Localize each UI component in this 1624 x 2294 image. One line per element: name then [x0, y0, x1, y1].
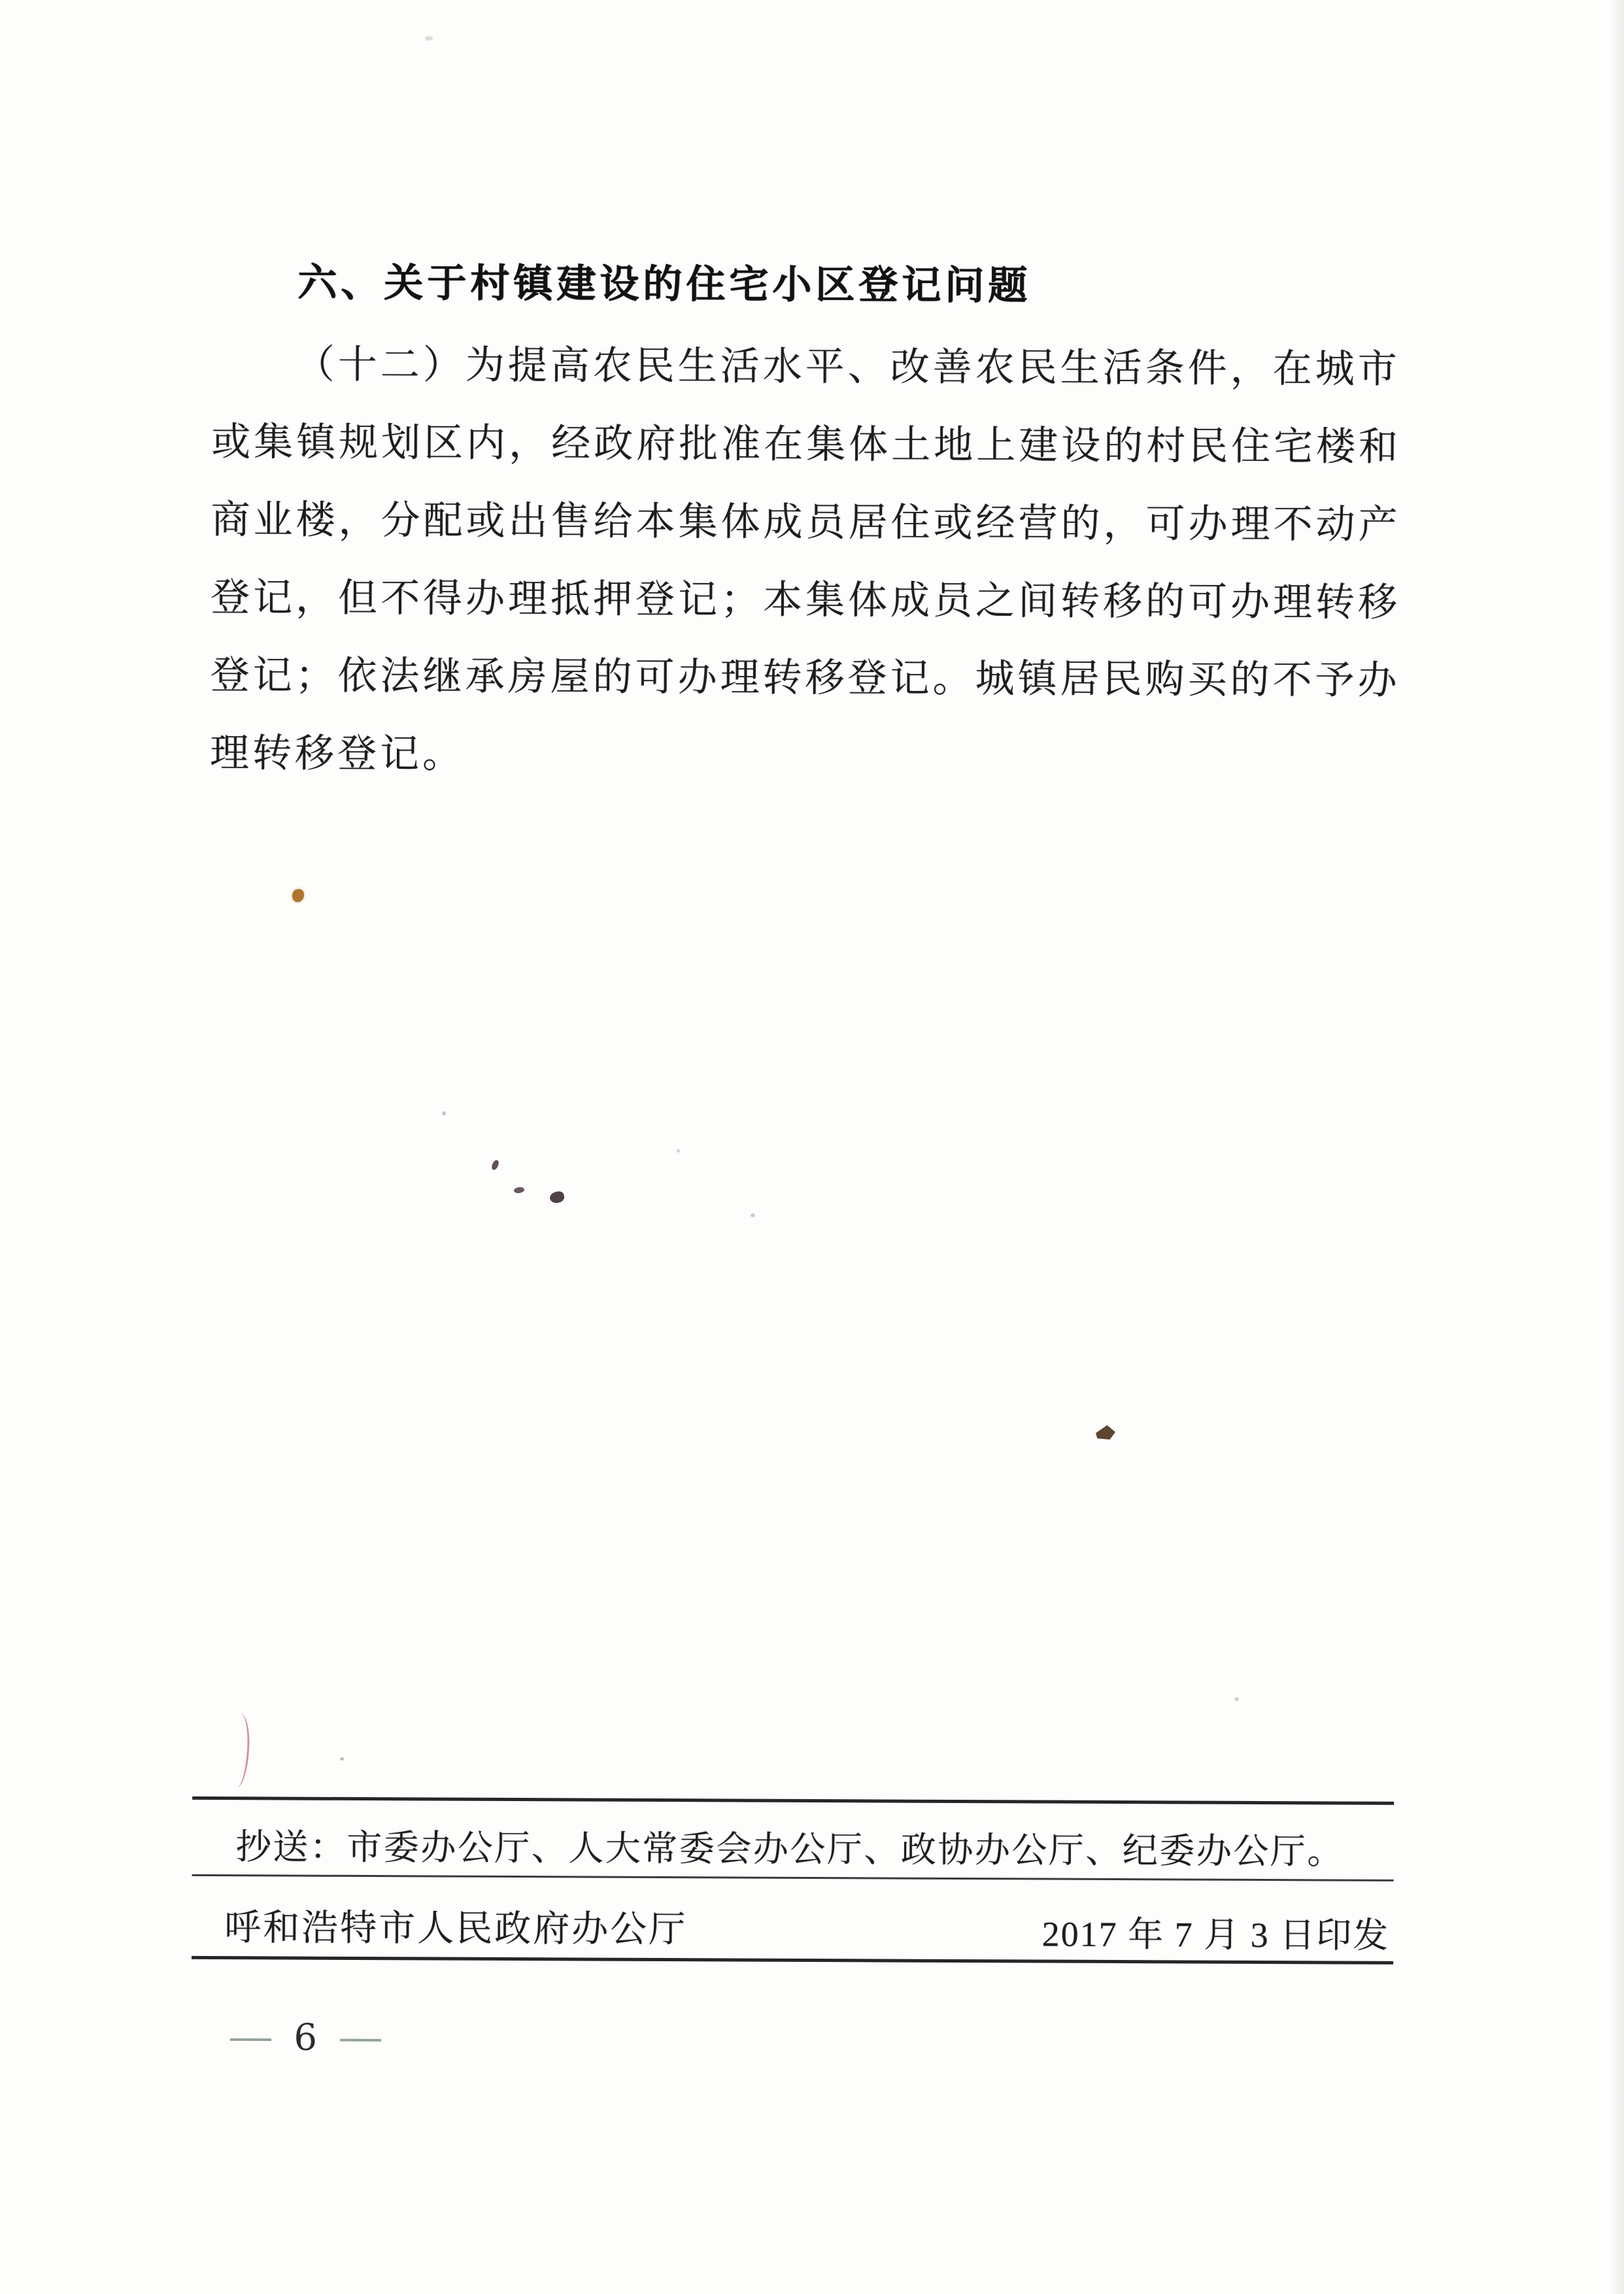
scan-speck: [442, 1111, 446, 1115]
page-number-value: 6: [294, 2020, 317, 2057]
paragraph-line: 登记；依法继承房屋的可办理转移登记。城镇居民购买的不予办: [210, 644, 1400, 705]
paragraph-line: 理转移登记。: [210, 722, 465, 779]
scan-speck: [751, 1213, 755, 1217]
issuing-office: 呼和浩特市人民政府办公厅: [224, 1898, 687, 1953]
print-date: 2017 年 7 月 3 日印发: [1042, 1906, 1390, 1958]
page-number: — 6 —: [232, 2019, 379, 2057]
cc-distribution-line: 抄送：市委办公厅、人大常委会办公厅、政协办公厅、纪委办公厅。: [236, 1819, 1344, 1874]
page-number-right-dash: —: [337, 2020, 383, 2057]
scan-edge-shading: [1610, 0, 1624, 2294]
scan-speck: [340, 1757, 344, 1761]
footer-top-rule: [192, 1796, 1394, 1805]
scanned-document-page: 六、关于村镇建设的住宅小区登记问题 （十二）为提高农民生活水平、改善农民生活条件…: [0, 0, 1624, 2294]
scan-content: 六、关于村镇建设的住宅小区登记问题 （十二）为提高农民生活水平、改善农民生活条件…: [0, 0, 1624, 2294]
footer-bottom-rule: [192, 1956, 1393, 1965]
paragraph-line: 或集镇规划区内，经政府批准在集体土地上建设的村民住宅楼和: [211, 411, 1401, 472]
section-heading: 六、关于村镇建设的住宅小区登记问题: [297, 252, 1031, 311]
scan-speck: [425, 36, 433, 41]
page-number-left-dash: —: [228, 2019, 273, 2056]
footer-middle-rule: [192, 1874, 1394, 1881]
paragraph-line: 商业楼，分配或出售给本集体成员居住或经营的，可办理不动产: [211, 488, 1400, 550]
paragraph-line: （十二）为提高农民生活水平、改善农民生活条件，在城市: [296, 333, 1400, 394]
paragraph-line: 登记，但不得办理抵押登记；本集体成员之间转移的可办理转移: [211, 566, 1400, 628]
scan-speck: [677, 1149, 680, 1153]
scan-speck: [1234, 1697, 1239, 1701]
